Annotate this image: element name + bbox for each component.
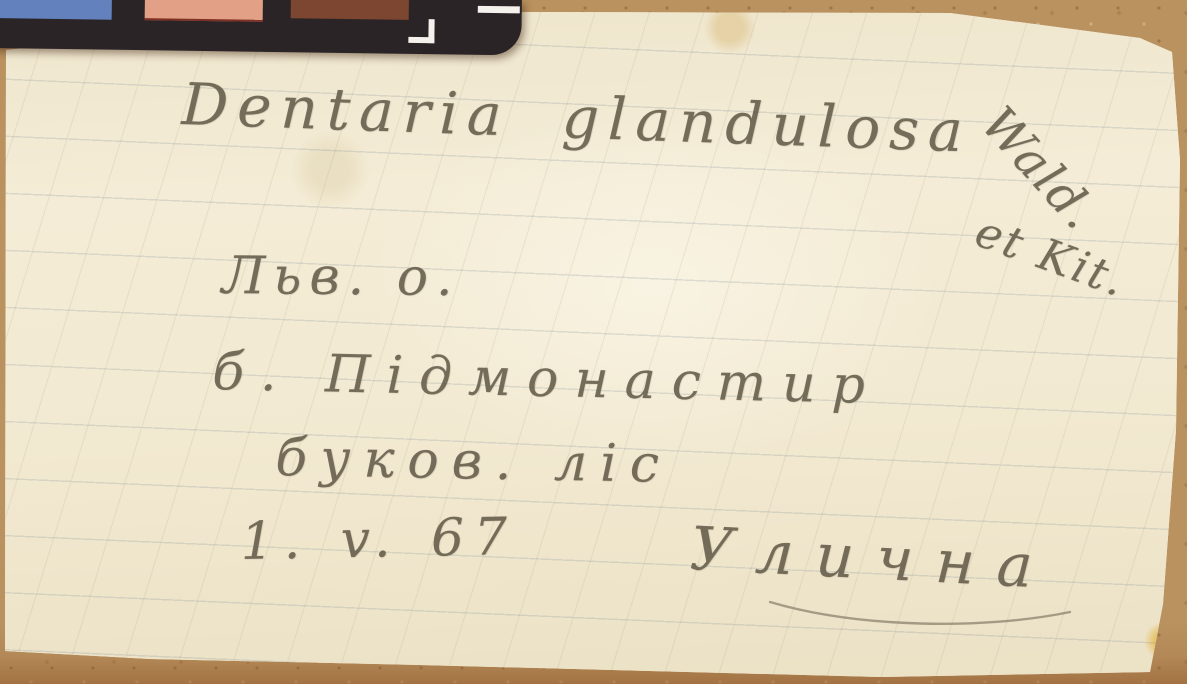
color-swatch-brown xyxy=(291,0,409,20)
habitat-text: буков. ліс xyxy=(275,428,672,495)
registration-bar-icon xyxy=(478,6,520,14)
signature-flourish xyxy=(768,592,1078,634)
color-swatch-blue xyxy=(0,0,112,20)
color-calibration-card xyxy=(0,0,522,55)
corner-bracket-icon xyxy=(408,19,434,43)
collection-date-text: 1. v. 67 xyxy=(240,507,518,572)
color-swatch-salmon xyxy=(145,0,263,22)
label-paper: Dentaria glandulosa Wald. et Kit. Льв. о… xyxy=(0,0,1187,684)
herbarium-label-photo: Dentaria glandulosa Wald. et Kit. Льв. о… xyxy=(0,0,1187,684)
region-text: Льв. о. xyxy=(221,246,460,308)
